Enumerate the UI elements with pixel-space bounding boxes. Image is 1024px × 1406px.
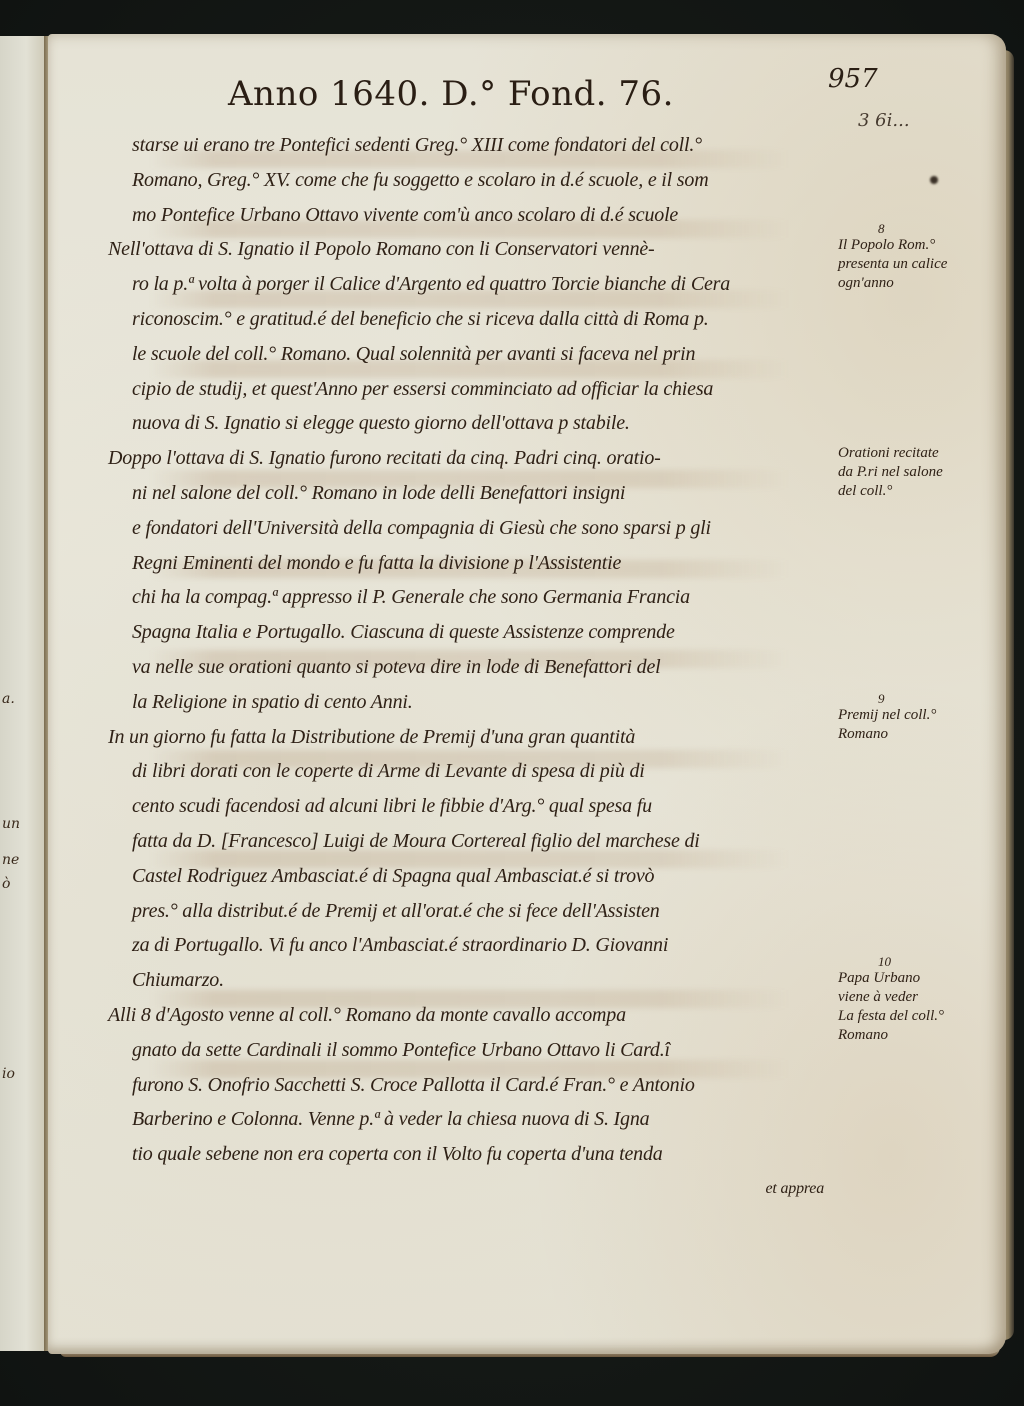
text-line: la Religione in spatio di cento Anni.	[108, 685, 828, 720]
left-page-edge: un ne ò io a.	[0, 36, 46, 1351]
margin-note-number: 10	[838, 955, 988, 969]
catchword: et apprea	[108, 1172, 828, 1207]
text-line: In un giorno fu fatta la Distributione d…	[108, 720, 828, 755]
text-line: tio quale sebene non era coperta con il …	[108, 1137, 828, 1172]
folio-number: 957	[828, 64, 878, 94]
margin-note-line: Orationi recitate	[838, 444, 988, 463]
text-line: fatta da D. [Francesco] Luigi de Moura C…	[108, 824, 828, 859]
text-line: za di Portugallo. Vi fu anco l'Ambasciat…	[108, 928, 828, 963]
text-line: ro la p.ª volta à porger il Calice d'Arg…	[108, 267, 828, 302]
text-line: pres.° alla distribut.é de Premij et all…	[108, 894, 828, 929]
margin-note-line: viene à veder	[838, 988, 988, 1007]
text-line: mo Pontefice Urbano Ottavo vivente com'ù…	[108, 198, 828, 233]
text-line: Regni Eminenti del mondo e fu fatta la d…	[108, 546, 828, 581]
margin-note-line: Romano	[838, 725, 988, 744]
left-page-fragment: io	[2, 1066, 15, 1082]
text-line: va nelle sue orationi quanto si poteva d…	[108, 650, 828, 685]
margin-note-line: presenta un calice	[838, 255, 988, 274]
text-line: riconoscim.° e gratitud.é del beneficio …	[108, 302, 828, 337]
left-page-fragment: ò	[2, 876, 10, 892]
manuscript-scan: un ne ò io a. Anno 1640. D.° Fond. 76. 9…	[0, 0, 1024, 1406]
margin-note-line: Papa Urbano	[838, 969, 988, 988]
page-heading: Anno 1640. D.° Fond. 76.	[228, 74, 674, 114]
text-line: Alli 8 d'Agosto venne al coll.° Romano d…	[108, 998, 828, 1033]
text-line: cipio de studij, et quest'Anno per esser…	[108, 372, 828, 407]
margin-note-papa-urbano: 10 Papa Urbano viene à veder La festa de…	[838, 955, 988, 1045]
text-line: Barberino e Colonna. Venne p.ª à veder l…	[108, 1102, 828, 1137]
text-line: le scuole del coll.° Romano. Qual solenn…	[108, 337, 828, 372]
margin-note-line: Il Popolo Rom.°	[838, 236, 988, 255]
text-line: chi ha la compag.ª appresso il P. Genera…	[108, 580, 828, 615]
text-line: gnato da sette Cardinali il sommo Pontef…	[108, 1033, 828, 1068]
text-line: Castel Rodriguez Ambasciat.é di Spagna q…	[108, 859, 828, 894]
left-page-fragment: a.	[2, 691, 15, 707]
margin-note-line: La festa del coll.°	[838, 1007, 988, 1026]
text-line: Doppo l'ottava di S. Ignatio furono reci…	[108, 441, 828, 476]
text-line: ni nel salone del coll.° Romano in lode …	[108, 476, 828, 511]
text-line: Romano, Greg.° XV. come che fu soggetto …	[108, 163, 828, 198]
margin-note-popolo-romano: 8 Il Popolo Rom.° presenta un calice ogn…	[838, 222, 988, 293]
margin-note-number: 9	[838, 692, 988, 706]
margin-note-number: 8	[838, 222, 988, 236]
margin-note-line: ogn'anno	[838, 274, 988, 293]
text-line: cento scudi facendosi ad alcuni libri le…	[108, 789, 828, 824]
archive-stamp: 3 6i...	[858, 110, 910, 131]
margin-note-line: da P.ri nel salone	[838, 463, 988, 482]
text-line: Spagna Italia e Portugallo. Ciascuna di …	[108, 615, 828, 650]
text-line: e fondatori dell'Università della compag…	[108, 511, 828, 546]
margin-note-line: del coll.°	[838, 482, 988, 501]
text-line: Nell'ottava di S. Ignatio il Popolo Roma…	[108, 232, 828, 267]
margin-note-line: Romano	[838, 1026, 988, 1045]
text-line: Chiumarzo.	[108, 963, 828, 998]
manuscript-body: starse ui erano tre Pontefici sedenti Gr…	[108, 128, 828, 1207]
text-line: starse ui erano tre Pontefici sedenti Gr…	[108, 128, 828, 163]
margin-note-premij: 9 Premij nel coll.° Romano	[838, 692, 988, 744]
text-line: di libri dorati con le coperte di Arme d…	[108, 754, 828, 789]
left-page-fragment: un	[2, 816, 20, 832]
left-page-fragment: ne	[2, 852, 19, 868]
margin-note-orationi: Orationi recitate da P.ri nel salone del…	[838, 444, 988, 501]
text-line: nuova di S. Ignatio si elegge questo gio…	[108, 406, 828, 441]
ink-blot	[930, 176, 938, 184]
text-line: furono S. Onofrio Sacchetti S. Croce Pal…	[108, 1068, 828, 1103]
margin-note-line: Premij nel coll.°	[838, 706, 988, 725]
